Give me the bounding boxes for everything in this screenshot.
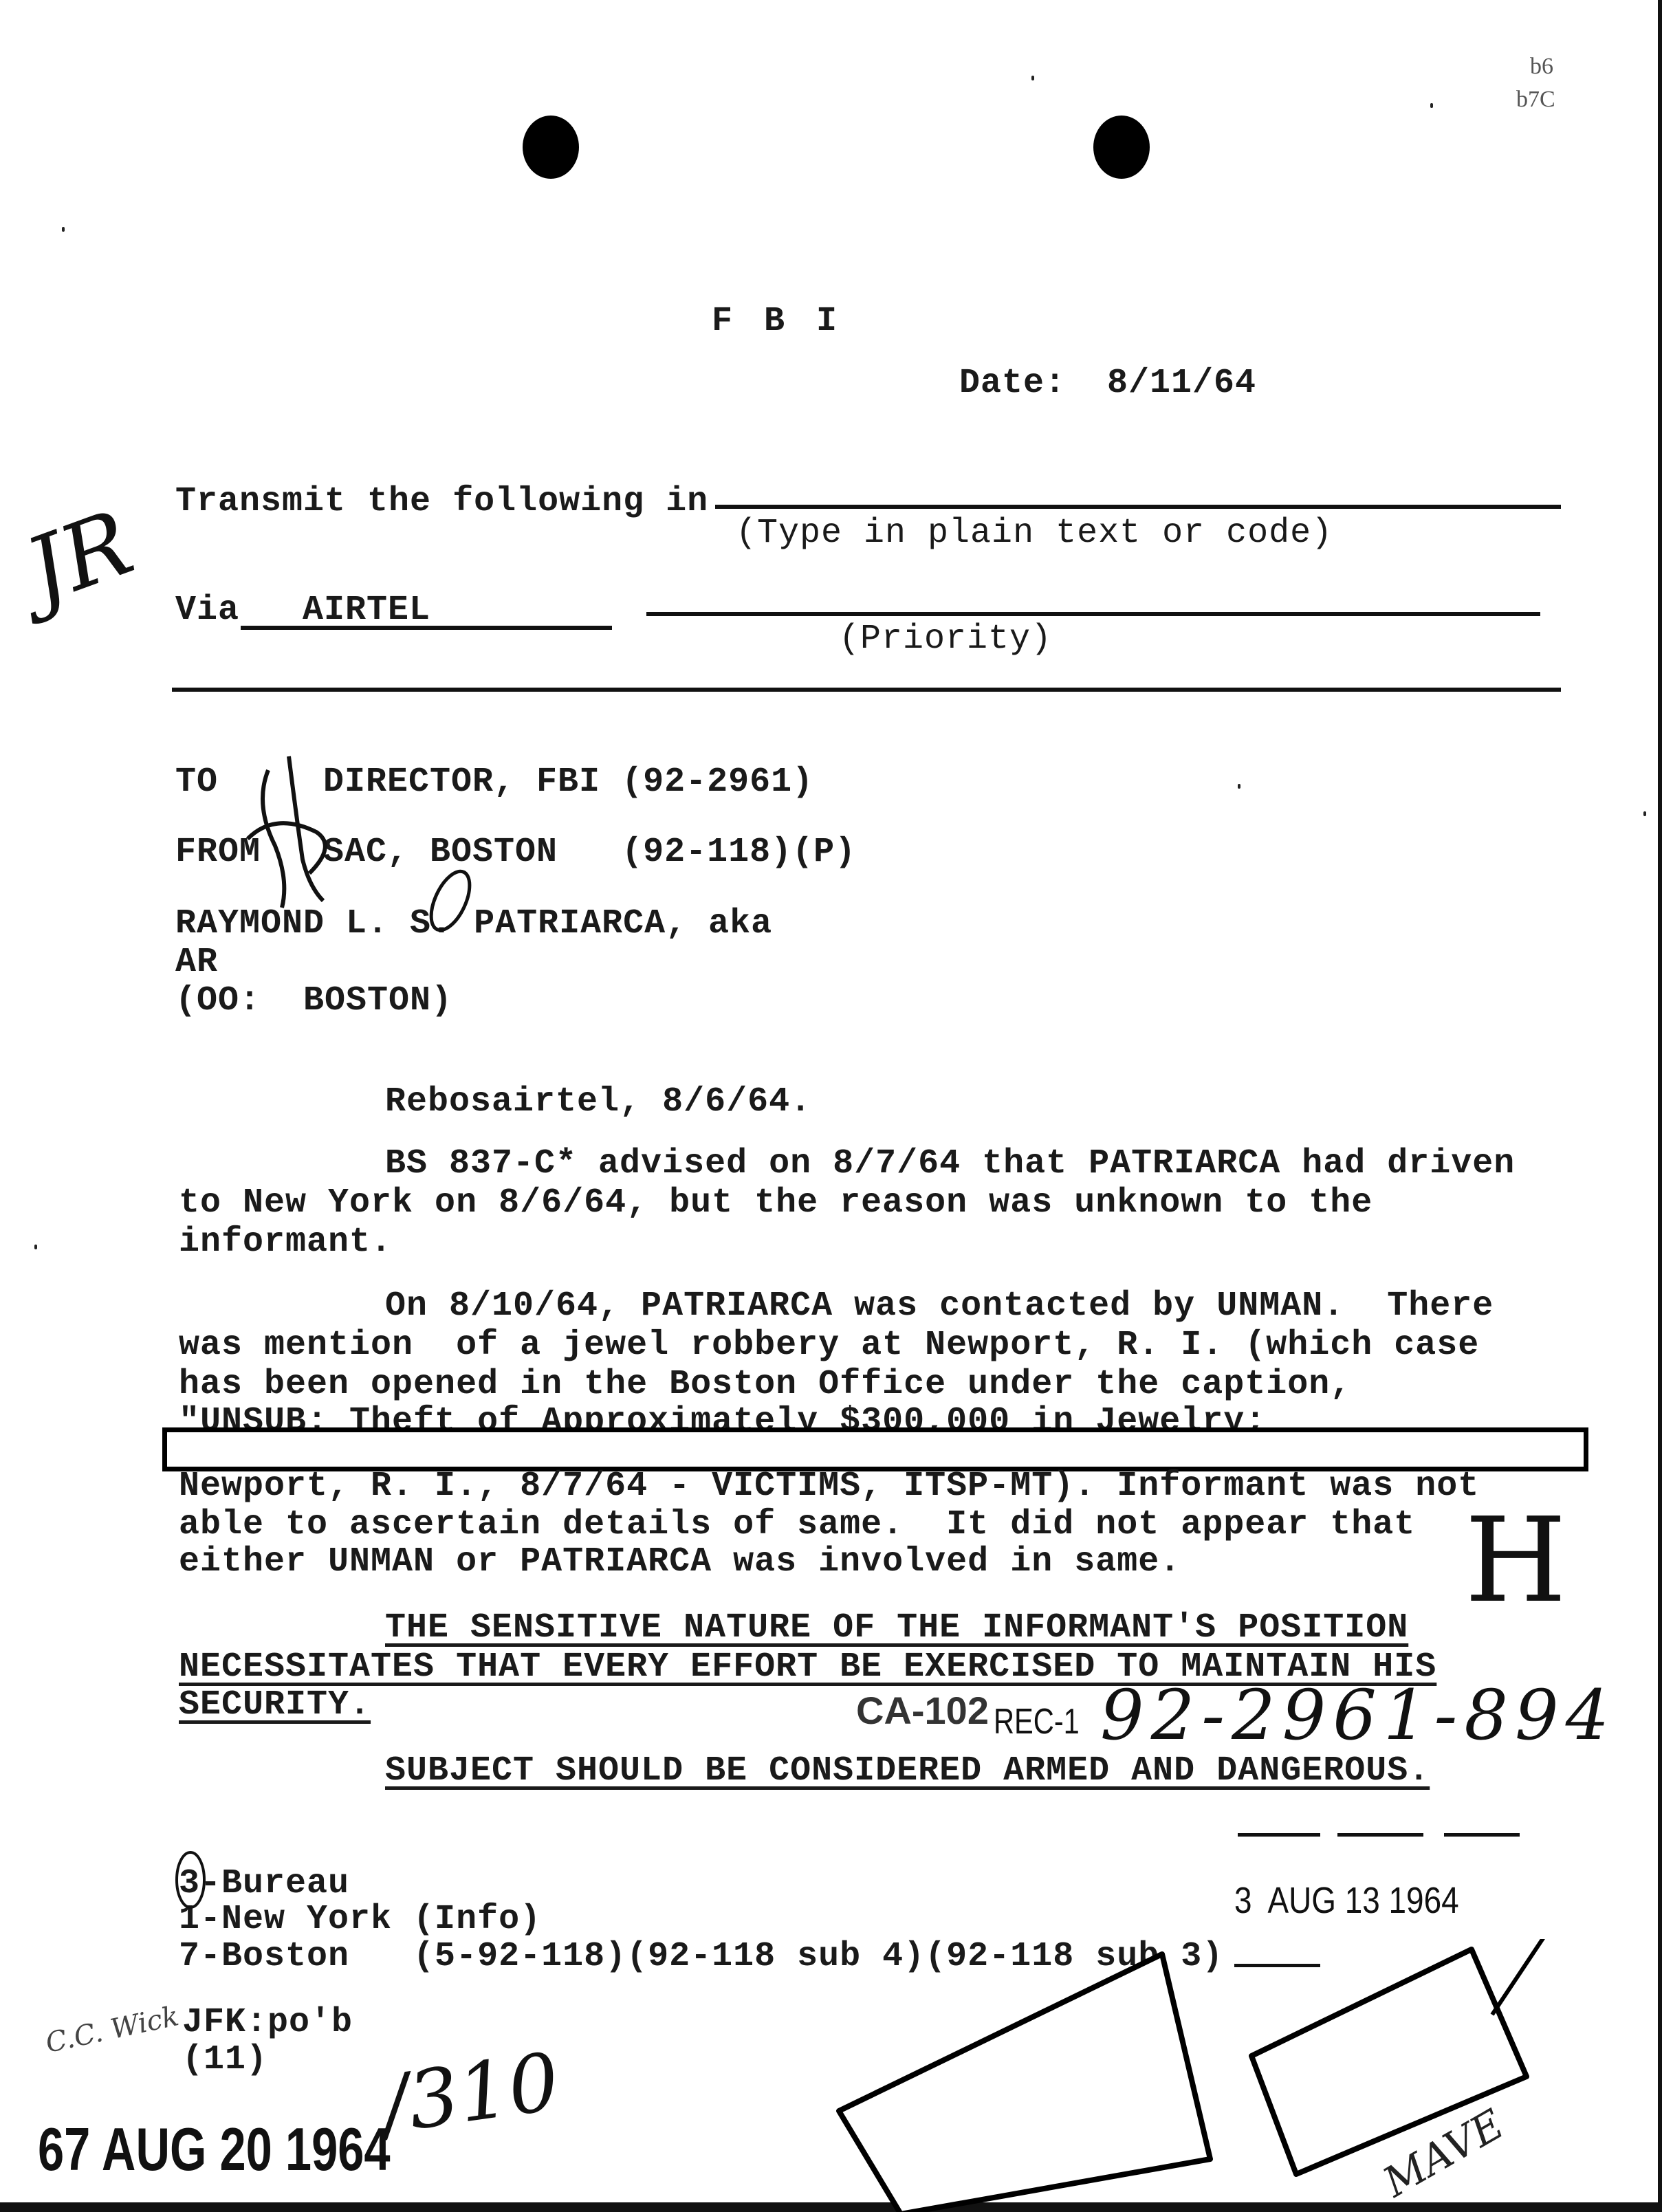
subject-line-3: (OO: BOSTON) <box>175 982 452 1020</box>
transmit-field-line <box>715 505 1561 509</box>
transmit-label: Transmit the following in <box>175 483 708 521</box>
para2-after-line-2: able to ascertain details of same. It di… <box>179 1506 1415 1544</box>
copy-count: (11) <box>182 2041 267 2079</box>
scan-speck <box>34 1245 37 1249</box>
handwritten-file-number: 92-2961-894 <box>1100 1678 1616 1753</box>
punch-hole-left <box>523 116 579 179</box>
para2-after-line-1: Newport, R. I., 8/7/64 - VICTIMS, ITSP-M… <box>179 1467 1479 1506</box>
warning-line-1: THE SENSITIVE NATURE OF THE INFORMANT'S … <box>385 1609 1408 1647</box>
handwritten-margin-mark: H <box>1465 1499 1566 1623</box>
handwritten-circle-icon <box>419 863 481 939</box>
scan-speck <box>1031 76 1034 80</box>
transmit-field <box>715 481 1561 505</box>
handwritten-margin-initials: JR <box>14 494 144 620</box>
to-label: TO <box>175 763 218 802</box>
para1-line-1: BS 837-C* advised on 8/7/64 that PATRIAR… <box>385 1145 1515 1183</box>
punch-hole-right <box>1093 116 1150 179</box>
page-edge-right <box>1658 0 1662 2212</box>
to-value: DIRECTOR, FBI (92-2961) <box>323 763 813 802</box>
priority-field-line <box>646 612 1540 616</box>
para1-line-2: to New York on 8/6/64, but the reason wa… <box>179 1184 1373 1223</box>
subject-line-2: AR <box>175 943 218 982</box>
scan-speck <box>1238 784 1240 789</box>
priority-field <box>646 589 1540 612</box>
received-date-stamp: 67 AUG 20 1964 <box>38 2116 391 2182</box>
via-label: Via <box>175 591 239 630</box>
agency-title: F B I <box>712 303 842 341</box>
rec-stamp: REC-1 <box>994 1702 1080 1742</box>
exemption-code-b7c: b7C <box>1516 87 1555 113</box>
dash-mark <box>1337 1833 1423 1837</box>
armed-warning: SUBJECT SHOULD BE CONSIDERED ARMED AND D… <box>385 1752 1430 1791</box>
transmit-hint: (Type in plain text or code) <box>736 514 1333 553</box>
distribution-line-2: 1-New York (Info) <box>179 1901 541 1939</box>
handwritten-serial: /310 <box>377 2041 564 2147</box>
date-value: 8/11/64 <box>1107 364 1256 403</box>
priority-hint: (Priority) <box>839 620 1052 659</box>
scan-speck <box>62 227 65 232</box>
para2-line-3: has been opened in the Boston Office und… <box>179 1366 1351 1404</box>
scan-speck <box>1643 811 1646 816</box>
date-label: Date: <box>959 364 1066 403</box>
handwritten-initials-icon <box>234 743 344 915</box>
exemption-code-b6: b6 <box>1530 54 1553 80</box>
redaction-box <box>162 1427 1588 1471</box>
indexed-date-stamp: 3 AUG 13 1964 <box>1234 1880 1459 1921</box>
scan-speck <box>1430 103 1433 108</box>
para1-line-3: informant. <box>179 1223 392 1262</box>
filing-prefix-stamp: CA-102 <box>856 1690 989 1731</box>
handwritten-circle-icon <box>166 1837 215 1913</box>
typist-initials: JFK:po'b <box>182 2004 353 2042</box>
via-value: AIRTEL <box>303 591 430 630</box>
dash-mark <box>1238 1833 1320 1837</box>
header-separator <box>172 688 1561 692</box>
warning-line-3: SECURITY. <box>179 1686 371 1724</box>
dash-mark <box>1444 1833 1520 1837</box>
via-field-line <box>241 626 612 630</box>
para2-line-1: On 8/10/64, PATRIARCA was contacted by U… <box>385 1287 1494 1326</box>
redaction-box-tilted <box>825 1939 1251 2212</box>
reference-line: Rebosairtel, 8/6/64. <box>385 1083 811 1121</box>
handwritten-cc: C.C. Wick <box>43 2001 182 2059</box>
from-value: SAC, BOSTON (92-118)(P) <box>323 833 856 872</box>
para2-after-line-3: either UNMAN or PATRIARCA was involved i… <box>179 1543 1181 1581</box>
para2-line-2: was mention of a jewel robbery at Newpor… <box>179 1326 1479 1365</box>
